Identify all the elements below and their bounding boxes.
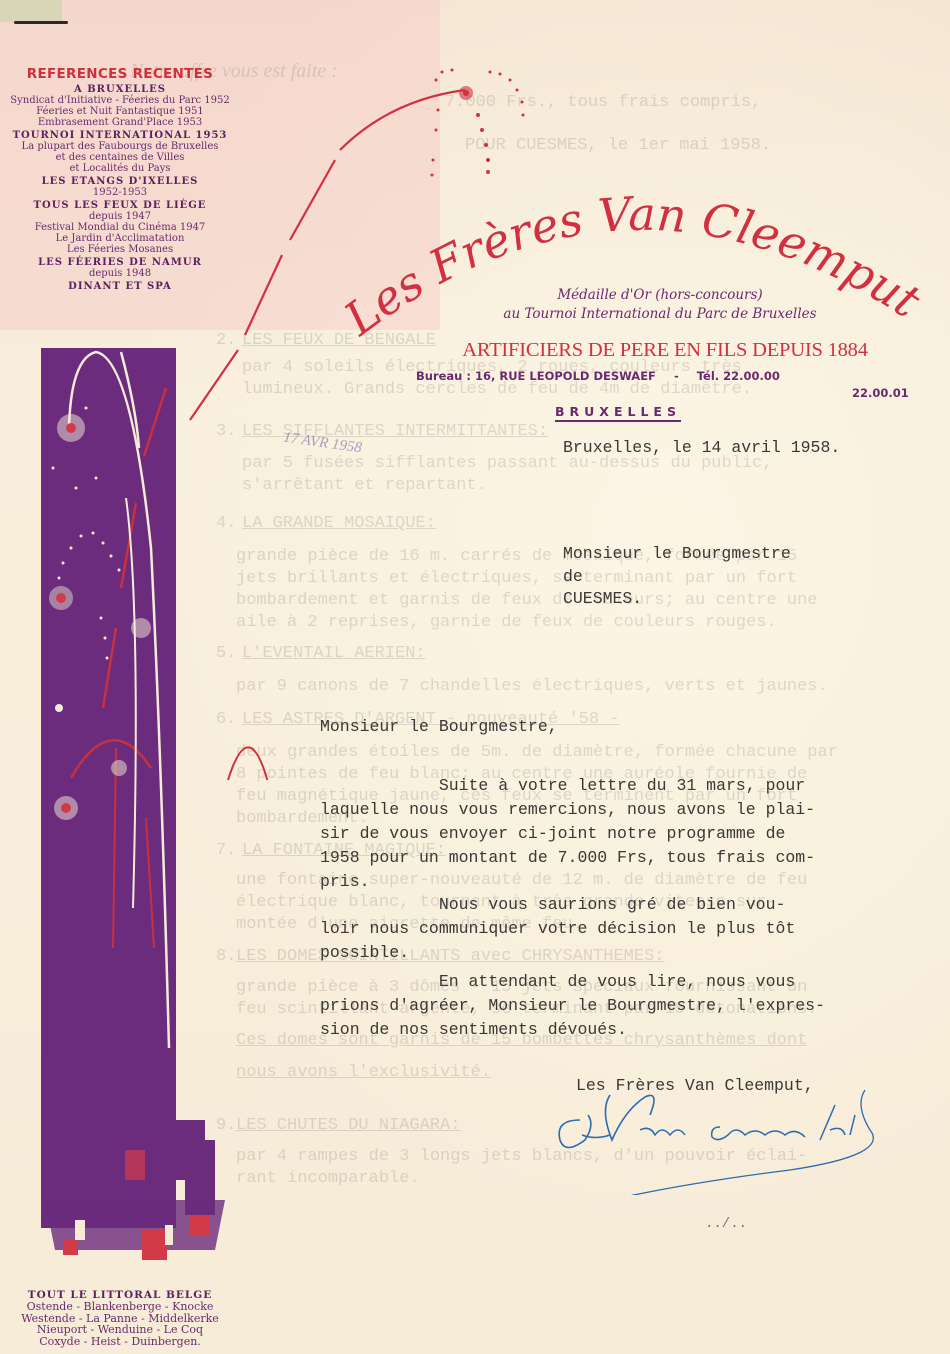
city-name: BRUXELLES (555, 404, 681, 422)
letter-date: Bruxelles, le 14 avril 1958. (563, 436, 840, 460)
address: Bureau : 16, RUE LEOPOLD DESWAEF (416, 369, 656, 383)
paragraph-3-line: En attendant de vous lire, nous vous (320, 970, 795, 994)
littoral-references: TOUT LE LITTORAL BELGE Ostende - Blanken… (0, 1287, 240, 1347)
bureau-address: Bureau : 16, RUE LEOPOLD DESWAEF - Tél. … (416, 369, 780, 383)
salutation: Monsieur le Bourgmestre, (320, 715, 558, 739)
ref-line: Ostende - Blankenberge - Knocke (0, 1301, 240, 1313)
fireworks-art-icon (41, 348, 176, 1228)
paragraph-1-line: Suite à votre lettre du 31 mars, pour (320, 774, 805, 798)
telephone-1: Tél. 22.00.00 (697, 369, 780, 383)
ghost-item-n: 8. (216, 946, 236, 968)
paragraph-3-line: sion de nos sentiments dévoués. (320, 1018, 627, 1042)
company-name: Les Frères Van Cleemput (334, 186, 931, 346)
svg-text:Les Frères Van Cleemput: Les Frères Van Cleemput (334, 186, 931, 346)
company-logo-title: Les Frères Van Cleemput (330, 180, 940, 350)
paragraph-2-line: loir nous communiquer votre décision le … (320, 917, 795, 941)
ref-line: Nieuport - Wenduine - Le Coq (0, 1324, 240, 1336)
ghost-item-n: 7. (216, 840, 236, 862)
ref-line: Coxyde - Heist - Duinbergen. (0, 1336, 240, 1348)
corner-fold (0, 0, 62, 22)
ghost-item-title: LES DOMES SCINTILLANTS avec CHRYSANTHEME… (236, 946, 664, 968)
paragraph-1-line: pris. (320, 870, 370, 894)
handwritten-signature: A Van Cleemput (550, 1085, 930, 1195)
telephone-2: 22.00.01 (852, 386, 909, 400)
recipient-line-3: CUESMES. (563, 587, 642, 611)
paragraph-1-line: laquelle nous vous remercions, nous avon… (320, 798, 815, 822)
paragraph-3-line: prions d'agréer, Monsieur le Bourgmestre… (320, 994, 825, 1018)
ghost-item-title: LES CHUTES DU NIAGARA: (236, 1115, 460, 1137)
ghost-item-text: nous avons l'exclusivité. (236, 1062, 491, 1084)
paragraph-1-line: 1958 pour un montant de 7.000 Frs, tous … (320, 846, 815, 870)
recipient-line-1: Monsieur le Bourgmestre (563, 542, 791, 566)
recipient-line-2: de (563, 565, 583, 589)
paragraph-2-line: possible. (320, 941, 409, 965)
medal-line-1: Médaille d'Or (hors-concours) (400, 287, 920, 303)
fireworks-illustration (41, 348, 176, 1228)
paragraph-1-line: sir de vous envoyer ci-joint notre progr… (320, 822, 785, 846)
medal-line-2: au Tournoi International du Parc de Brux… (400, 306, 920, 322)
ghost-item-text: rant incomparable. (236, 1168, 420, 1190)
continuation-mark: ../.. (705, 1212, 747, 1236)
paragraph-2-line: Nous vous saurions gré de bien vou- (320, 893, 785, 917)
rocket-trail-decoration (160, 60, 560, 780)
city-skyline-illustration (25, 1120, 225, 1260)
tagline: ARTIFICIERS DE PERE EN FILS DEPUIS 1884 (410, 339, 920, 362)
corner-mark (14, 21, 68, 24)
